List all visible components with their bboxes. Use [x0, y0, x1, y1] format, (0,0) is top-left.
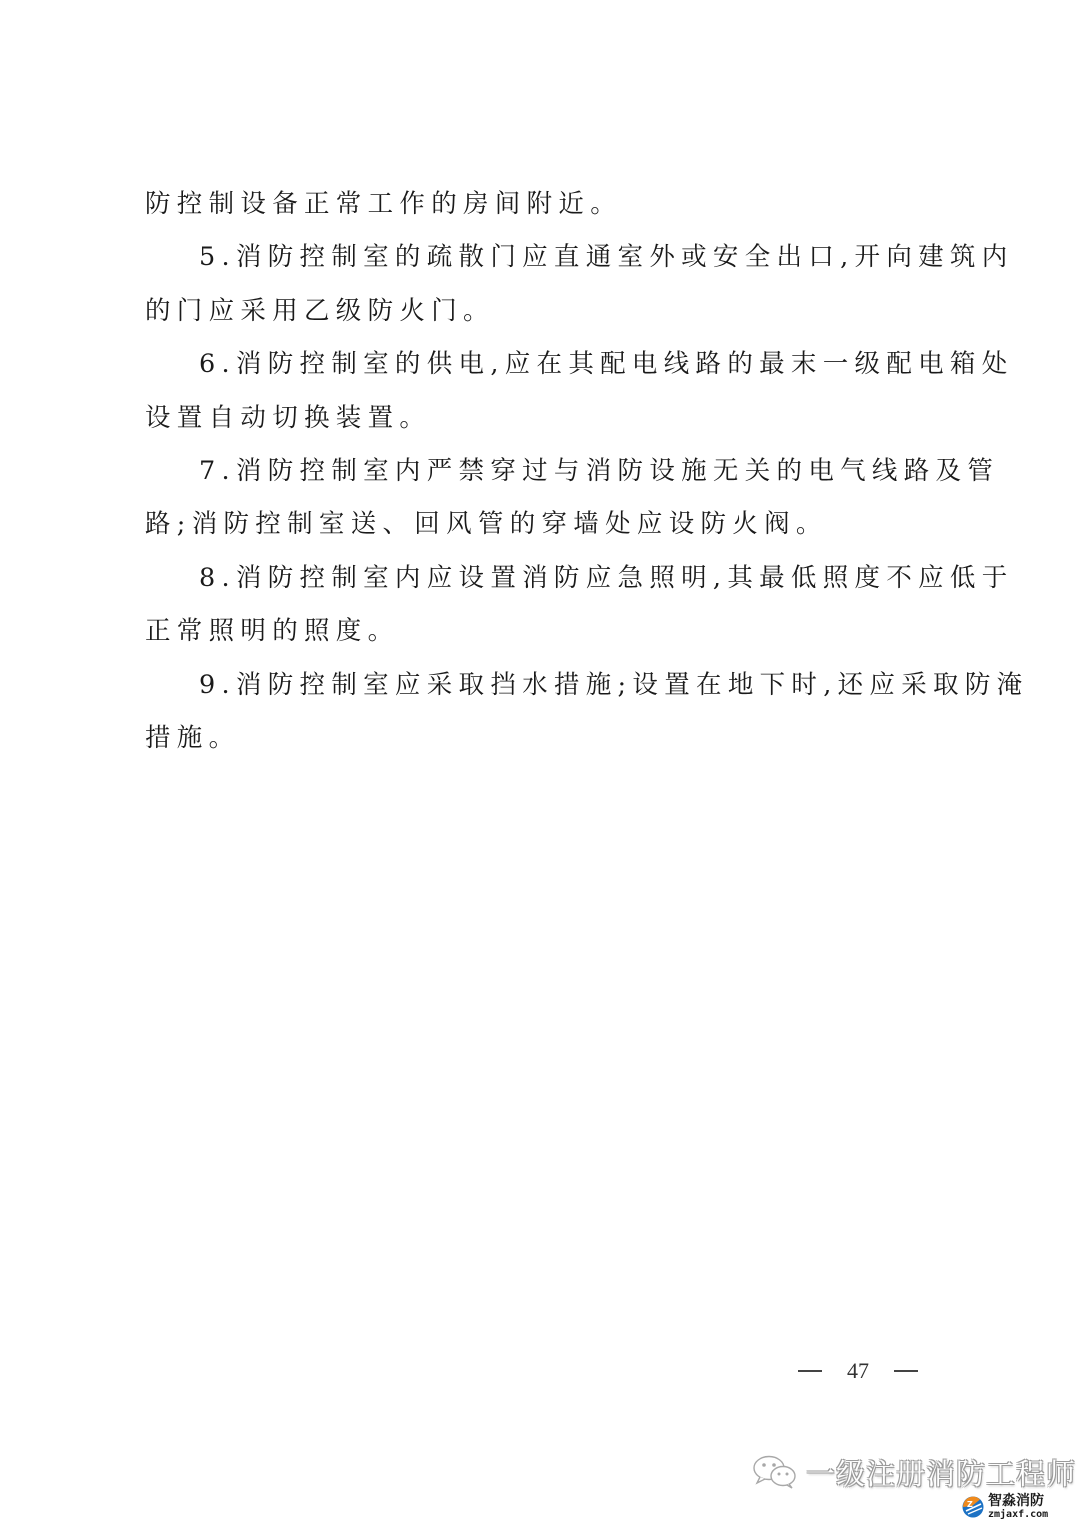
item-6-line-1: 6.消防控制室的供电,应在其配电线路的最末一级配电箱处 — [145, 338, 937, 391]
wechat-account-name: 一级注册消防工程师 — [806, 1452, 1076, 1493]
dash-left — [798, 1370, 822, 1371]
item-9-line-2: 措施。 — [145, 712, 937, 765]
item-8-line-1: 8.消防控制室内应设置消防应急照明,其最低照度不应低于 — [145, 552, 937, 605]
item-5-line-1: 5.消防控制室的疏散门应直通室外或安全出口,开向建筑内 — [145, 231, 937, 284]
item-9-line-1: 9.消防控制室应采取挡水措施;设置在地下时,还应采取防淹 — [145, 659, 937, 712]
item-8-line-2: 正常照明的照度。 — [145, 605, 937, 658]
page-number: 47 — [798, 1358, 918, 1384]
item-7-line-2: 路;消防控制室送、回风管的穿墙处应设防火阀。 — [145, 498, 937, 551]
page-number-value: 47 — [847, 1358, 869, 1384]
brand-badge: Z 智淼消防 zmjaxf.com — [962, 1490, 1048, 1524]
brand-name: 智淼消防 — [988, 1494, 1048, 1508]
brand-url: zmjaxf.com — [988, 1510, 1048, 1520]
text-line-1: 防控制设备正常工作的房间附近。 — [145, 178, 937, 231]
document-body: 防控制设备正常工作的房间附近。 5.消防控制室的疏散门应直通室外或安全出口,开向… — [145, 178, 937, 765]
wechat-watermark: 一级注册消防工程师 — [752, 1452, 1076, 1492]
document-page: 防控制设备正常工作的房间附近。 5.消防控制室的疏散门应直通室外或安全出口,开向… — [0, 0, 1080, 1527]
svg-text:Z: Z — [967, 1500, 973, 1509]
item-6-line-2: 设置自动切换装置。 — [145, 392, 937, 445]
item-7-line-1: 7.消防控制室内严禁穿过与消防设施无关的电气线路及管 — [145, 445, 937, 498]
item-5-line-2: 的门应采用乙级防火门。 — [145, 285, 937, 338]
wechat-icon — [752, 1455, 798, 1489]
brand-text: 智淼消防 zmjaxf.com — [988, 1494, 1048, 1520]
zmjaxf-logo-icon: Z — [962, 1496, 984, 1518]
dash-right — [894, 1370, 918, 1371]
